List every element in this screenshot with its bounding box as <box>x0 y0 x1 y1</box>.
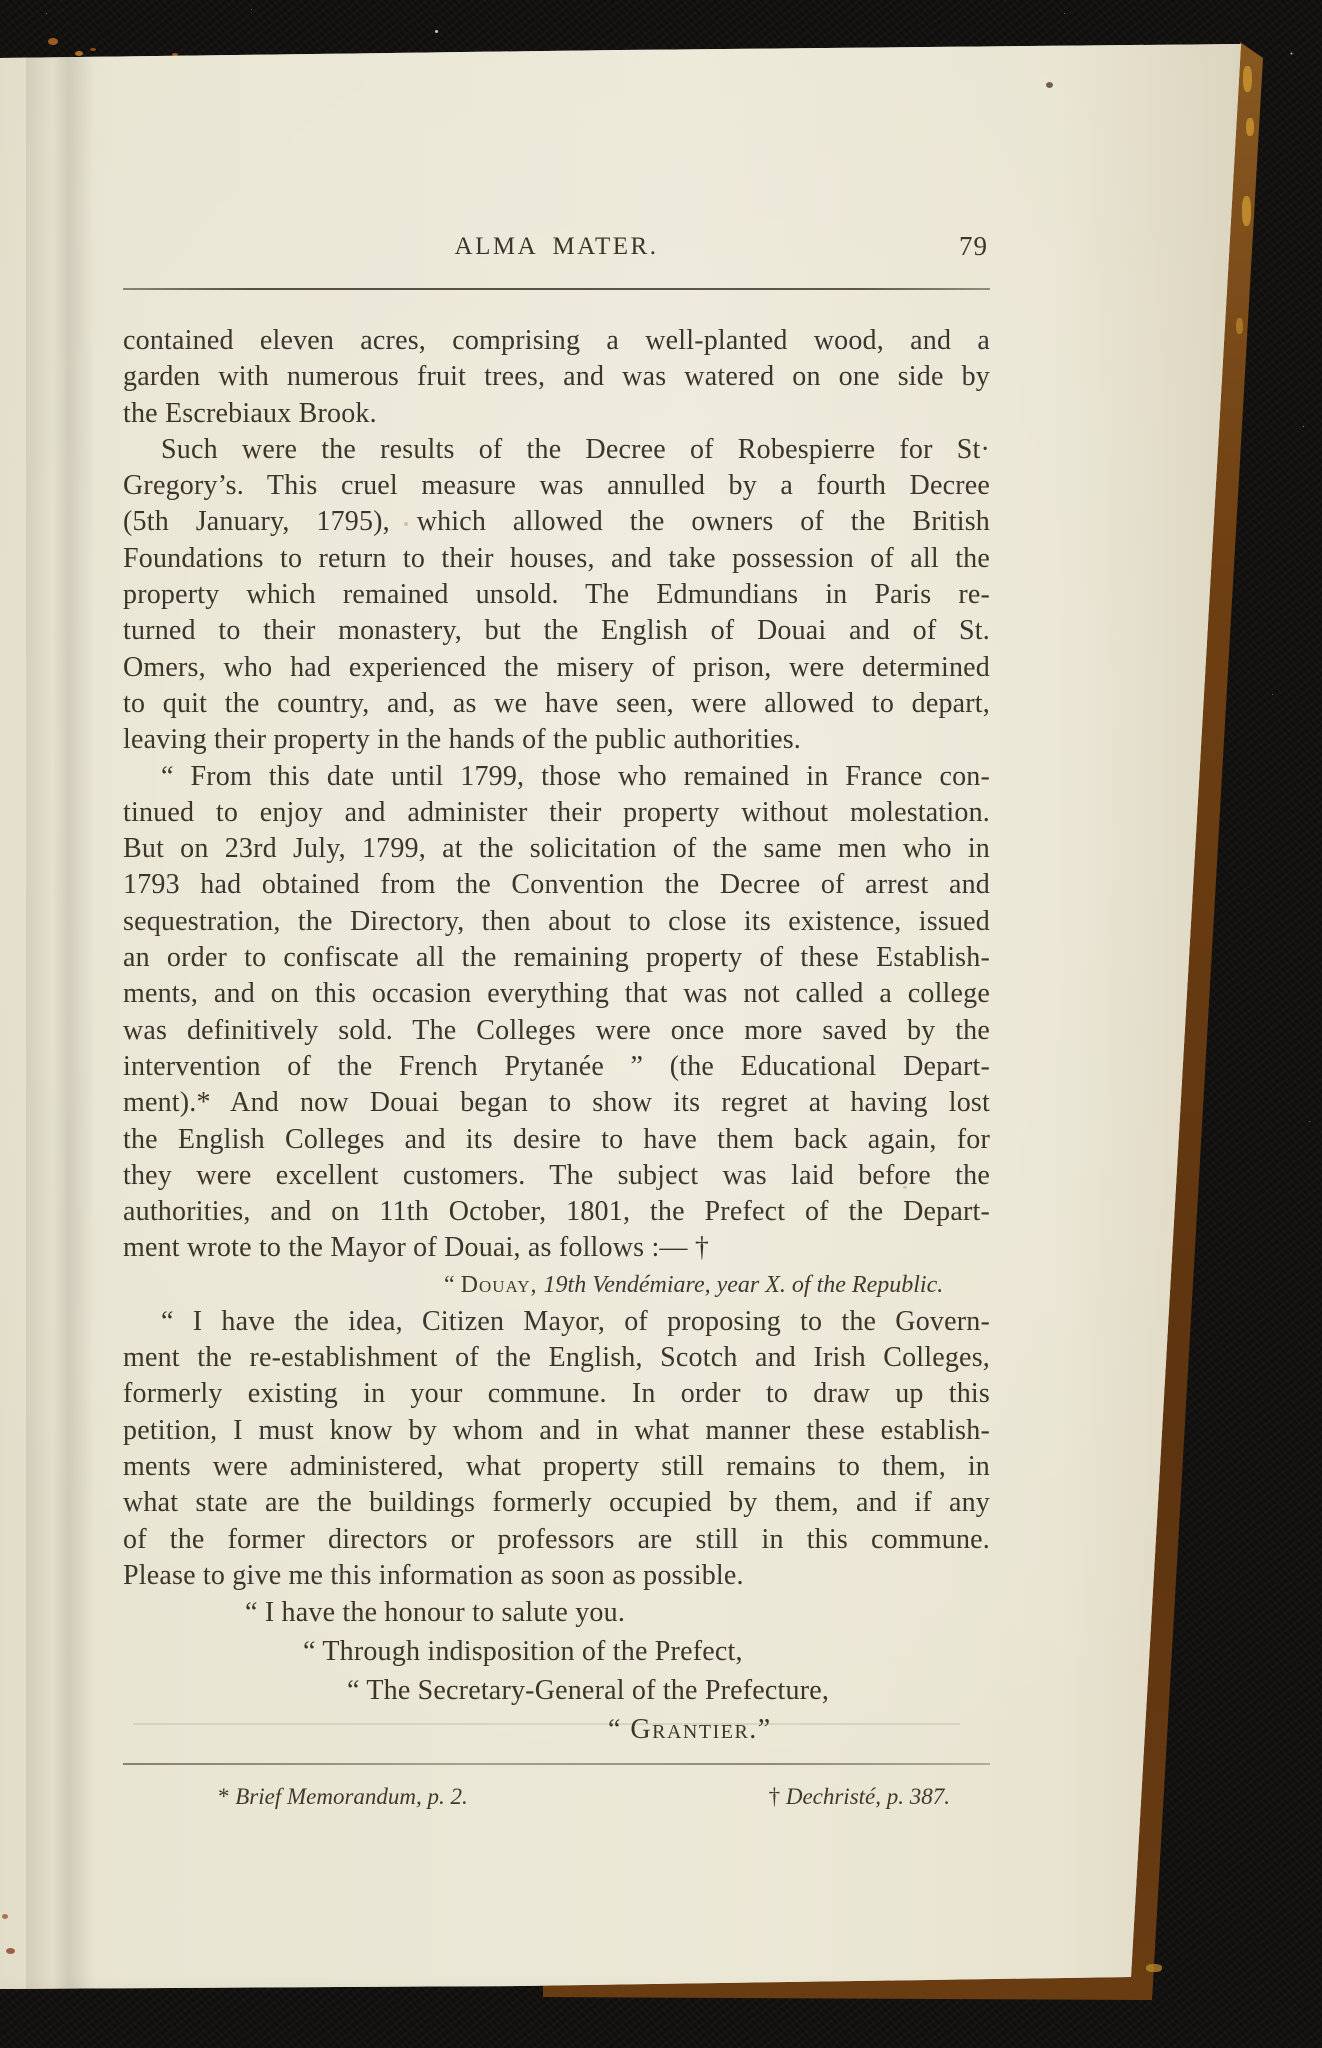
text-line: garden with numerous fruit trees, and wa… <box>123 359 990 395</box>
text-line: Gregory’s. This cruel measure was annull… <box>123 468 990 504</box>
letter-closings: “ I have the honour to salute you.“ Thro… <box>123 1594 990 1750</box>
text-line: was definitively sold. The Colleges were… <box>123 1013 990 1049</box>
gilt-fleck <box>1242 196 1251 226</box>
page-header: ALMA MATER. 79 <box>123 231 990 288</box>
text-line: authorities, and on 11th October, 1801, … <box>123 1194 990 1230</box>
gilt-fleck <box>1146 1964 1162 1972</box>
text-line: property which remained unsold. The Edmu… <box>123 577 990 613</box>
text-line: sequestration, the Directory, then about… <box>123 904 990 940</box>
text-line: “ From this date until 1799, those who r… <box>123 759 990 795</box>
text-line: what state are the buildings formerly oc… <box>123 1485 990 1521</box>
footnote-left: * Brief Memorandum, p. 2. <box>218 1782 468 1812</box>
text-line: of the former directors or professors ar… <box>123 1522 990 1558</box>
text-line: formerly existing in your commune. In or… <box>123 1376 990 1412</box>
page-speck <box>6 1948 15 1954</box>
asterisk-marker: * <box>218 1784 235 1809</box>
dust-speckles <box>435 30 438 33</box>
gutter-shade <box>26 50 104 1993</box>
binding-flecks <box>48 38 58 45</box>
gilt-fleck <box>1236 318 1243 334</box>
dagger-marker: † <box>769 1784 786 1809</box>
text-block: ALMA MATER. 79 contained eleven acres, c… <box>123 231 990 1812</box>
page-number: 79 <box>959 231 988 262</box>
footnote-right: † Dechristé, p. 387. <box>769 1782 950 1812</box>
text-line: 1793 had obtained from the Convention th… <box>123 867 990 903</box>
text-line: contained eleven acres, comprising a wel… <box>123 323 990 359</box>
text-line: intervention of the French Prytanée ” (t… <box>123 1049 990 1085</box>
body-lines: contained eleven acres, comprising a wel… <box>123 323 990 1267</box>
text-line: (5th January, 1795), which allowed the o… <box>123 504 990 540</box>
letter-lines: “ I have the idea, Citizen Mayor, of pro… <box>123 1304 990 1594</box>
footnote-rule <box>123 1763 990 1765</box>
closing-line: “ I have the honour to salute you. <box>123 1594 990 1633</box>
closing-line: “ Through indisposition of the Prefect, <box>123 1633 990 1672</box>
text-line: to quit the country, and, as we have see… <box>123 686 990 722</box>
text-line: an order to confiscate all the remaining… <box>123 940 990 976</box>
text-line: ments were administered, what property s… <box>123 1449 990 1485</box>
closing-line: “ The Secretary-General of the Prefectur… <box>123 1672 990 1711</box>
footnotes: * Brief Memorandum, p. 2. † Dechristé, p… <box>123 1782 990 1812</box>
book-photograph: ALMA MATER. 79 contained eleven acres, c… <box>0 0 1322 2048</box>
dateline-date: 19th Vendémiare, year X. of the Republic… <box>538 1272 944 1298</box>
book-page: ALMA MATER. 79 contained eleven acres, c… <box>0 0 1322 2048</box>
text-line: the Escrebiaux Brook. <box>123 396 990 432</box>
header-rule <box>123 288 990 290</box>
text-line: But on 23rd July, 1799, at the solicitat… <box>123 831 990 867</box>
text-line: tinued to enjoy and administer their pro… <box>123 795 990 831</box>
gilt-fleck <box>1243 66 1252 92</box>
closing-line: “ Grantier.” <box>123 1711 990 1750</box>
letter-dateline: “ Douay, 19th Vendémiare, year X. of the… <box>123 1267 990 1304</box>
text-line: turned to their monastery, but the Engli… <box>123 613 990 649</box>
text-line: ment the re-establishment of the English… <box>123 1340 990 1376</box>
text-line: Foundations to return to their houses, a… <box>123 541 990 577</box>
footnote-right-text: Dechristé, p. 387. <box>786 1784 950 1809</box>
text-line: ments, and on this occasion everything t… <box>123 976 990 1012</box>
text-line: ment wrote to the Mayor of Douai, as fol… <box>123 1230 990 1266</box>
dateline-open-quote: “ <box>444 1272 461 1298</box>
text-line: ment).* And now Douai began to show its … <box>123 1085 990 1121</box>
text-line: Please to give me this information as so… <box>123 1558 990 1594</box>
text-line: the English Colleges and its desire to h… <box>123 1122 990 1158</box>
dateline-place: Douay, <box>461 1272 538 1298</box>
text-line: they were excellent customers. The subje… <box>123 1158 990 1194</box>
gilt-fleck <box>1246 118 1254 136</box>
show-through-line <box>133 1723 960 1725</box>
text-line: leaving their property in the hands of t… <box>123 722 990 758</box>
text-line: “ I have the idea, Citizen Mayor, of pro… <box>123 1304 990 1340</box>
footnote-left-text: Brief Memorandum, p. 2. <box>235 1784 468 1809</box>
text-line: Omers, who had experienced the misery of… <box>123 650 990 686</box>
text-line: petition, I must know by whom and in wha… <box>123 1413 990 1449</box>
page-speck <box>2 1914 8 1919</box>
running-title: ALMA MATER. <box>123 233 990 261</box>
page-speck <box>1046 82 1053 88</box>
text-line: Such were the results of the Decree of R… <box>123 432 990 468</box>
